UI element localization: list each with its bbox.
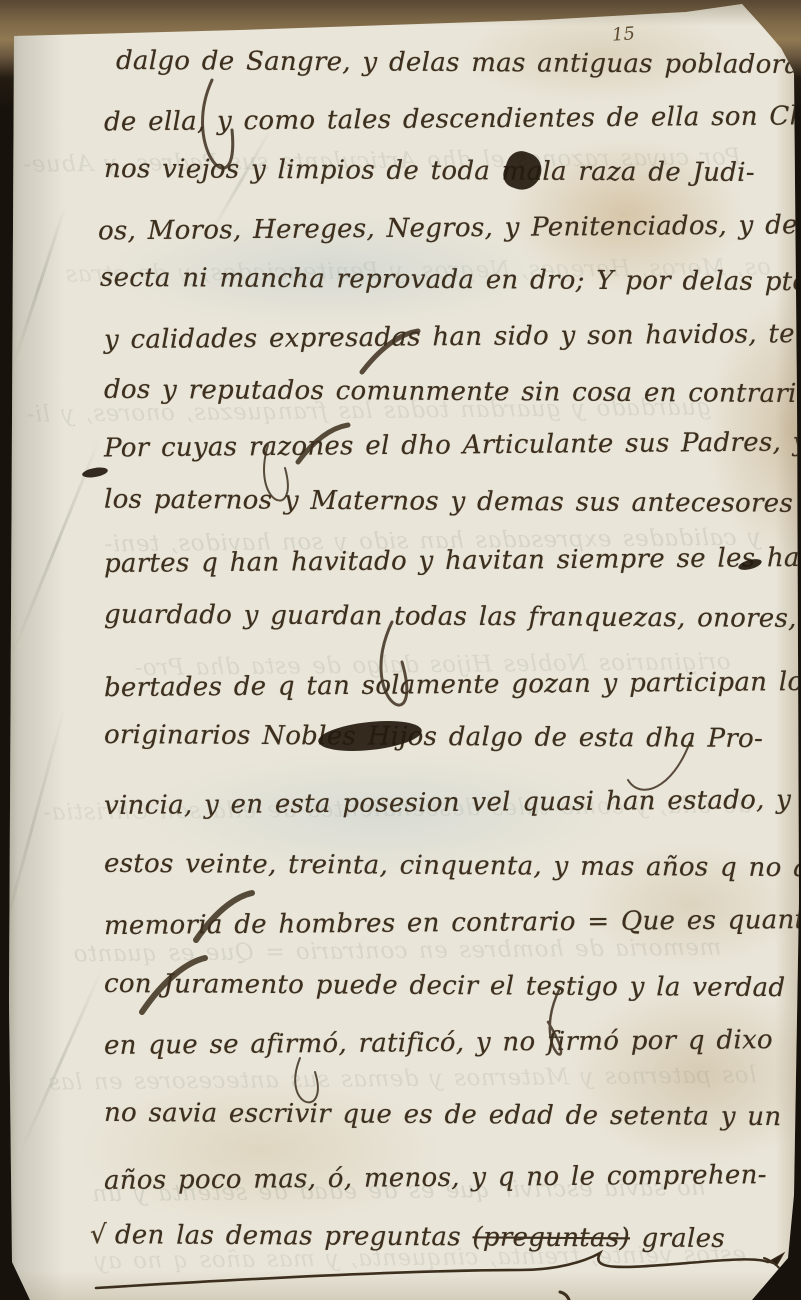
manuscript-line: os, Moros, Hereges, Negros, y Penitencia… (98, 210, 801, 247)
manuscript-page: Por cuyas razones el dho Articulante sus… (0, 0, 801, 1300)
manuscript-line: memoria de hombres en contrario = Que es… (104, 905, 801, 941)
manuscript-line: originarios Nobles Hijos dalgo de esta d… (104, 720, 763, 754)
manuscript-line: dalgo de Sangre, y delas mas antiguas po… (116, 46, 801, 80)
manuscript-line: estos veinte, treinta, cinquenta, y mas … (104, 849, 801, 883)
final-line-after: grales (630, 1223, 725, 1254)
manuscript-line: y calidades expresadas han sido y son ha… (104, 319, 801, 355)
line-start-mark: √ (90, 1220, 107, 1250)
manuscript-line: nos viejos y limpios de toda mala raza d… (104, 154, 755, 188)
manuscript-photo: Por cuyas razones el dho Articulante sus… (0, 0, 801, 1300)
manuscript-line: bertades de q tan solamente gozan y part… (104, 667, 801, 703)
manuscript-line: de ella, y como tales descendientes de e… (104, 101, 801, 138)
manuscript-line: años poco mas, ó, menos, y q no le compr… (104, 1160, 767, 1196)
manuscript-line: vincia, y en esta posesion vel quasi han… (104, 785, 791, 821)
manuscript-line: secta ni mancha reprovada en dro; Y por … (100, 263, 801, 297)
manuscript-line: partes q han havitado y havitan siempre … (104, 543, 800, 579)
manuscript-line: no savia escrivir que es de edad de sete… (104, 1098, 782, 1132)
final-line-before: den las demas preguntas (115, 1220, 473, 1252)
manuscript-text: dalgo de Sangre, y delas mas antiguas po… (0, 0, 801, 1300)
manuscript-line-final: √den las demas preguntas (preguntas) gra… (90, 1220, 725, 1254)
manuscript-line: con Juramento puede decir el testigo y l… (104, 969, 786, 1003)
manuscript-line: Por cuyas razones el dho Articulante sus… (104, 427, 801, 464)
manuscript-line: guardado y guardan todas las franquezas,… (104, 600, 801, 635)
struck-out-word: (preguntas) (472, 1222, 630, 1253)
manuscript-line: dos y reputados comunmente sin cosa en c… (104, 375, 801, 410)
manuscript-line: en que se afirmó, ratificó, y no firmó p… (104, 1025, 773, 1061)
manuscript-line: los paternos y Maternos y demas sus ante… (104, 485, 801, 520)
